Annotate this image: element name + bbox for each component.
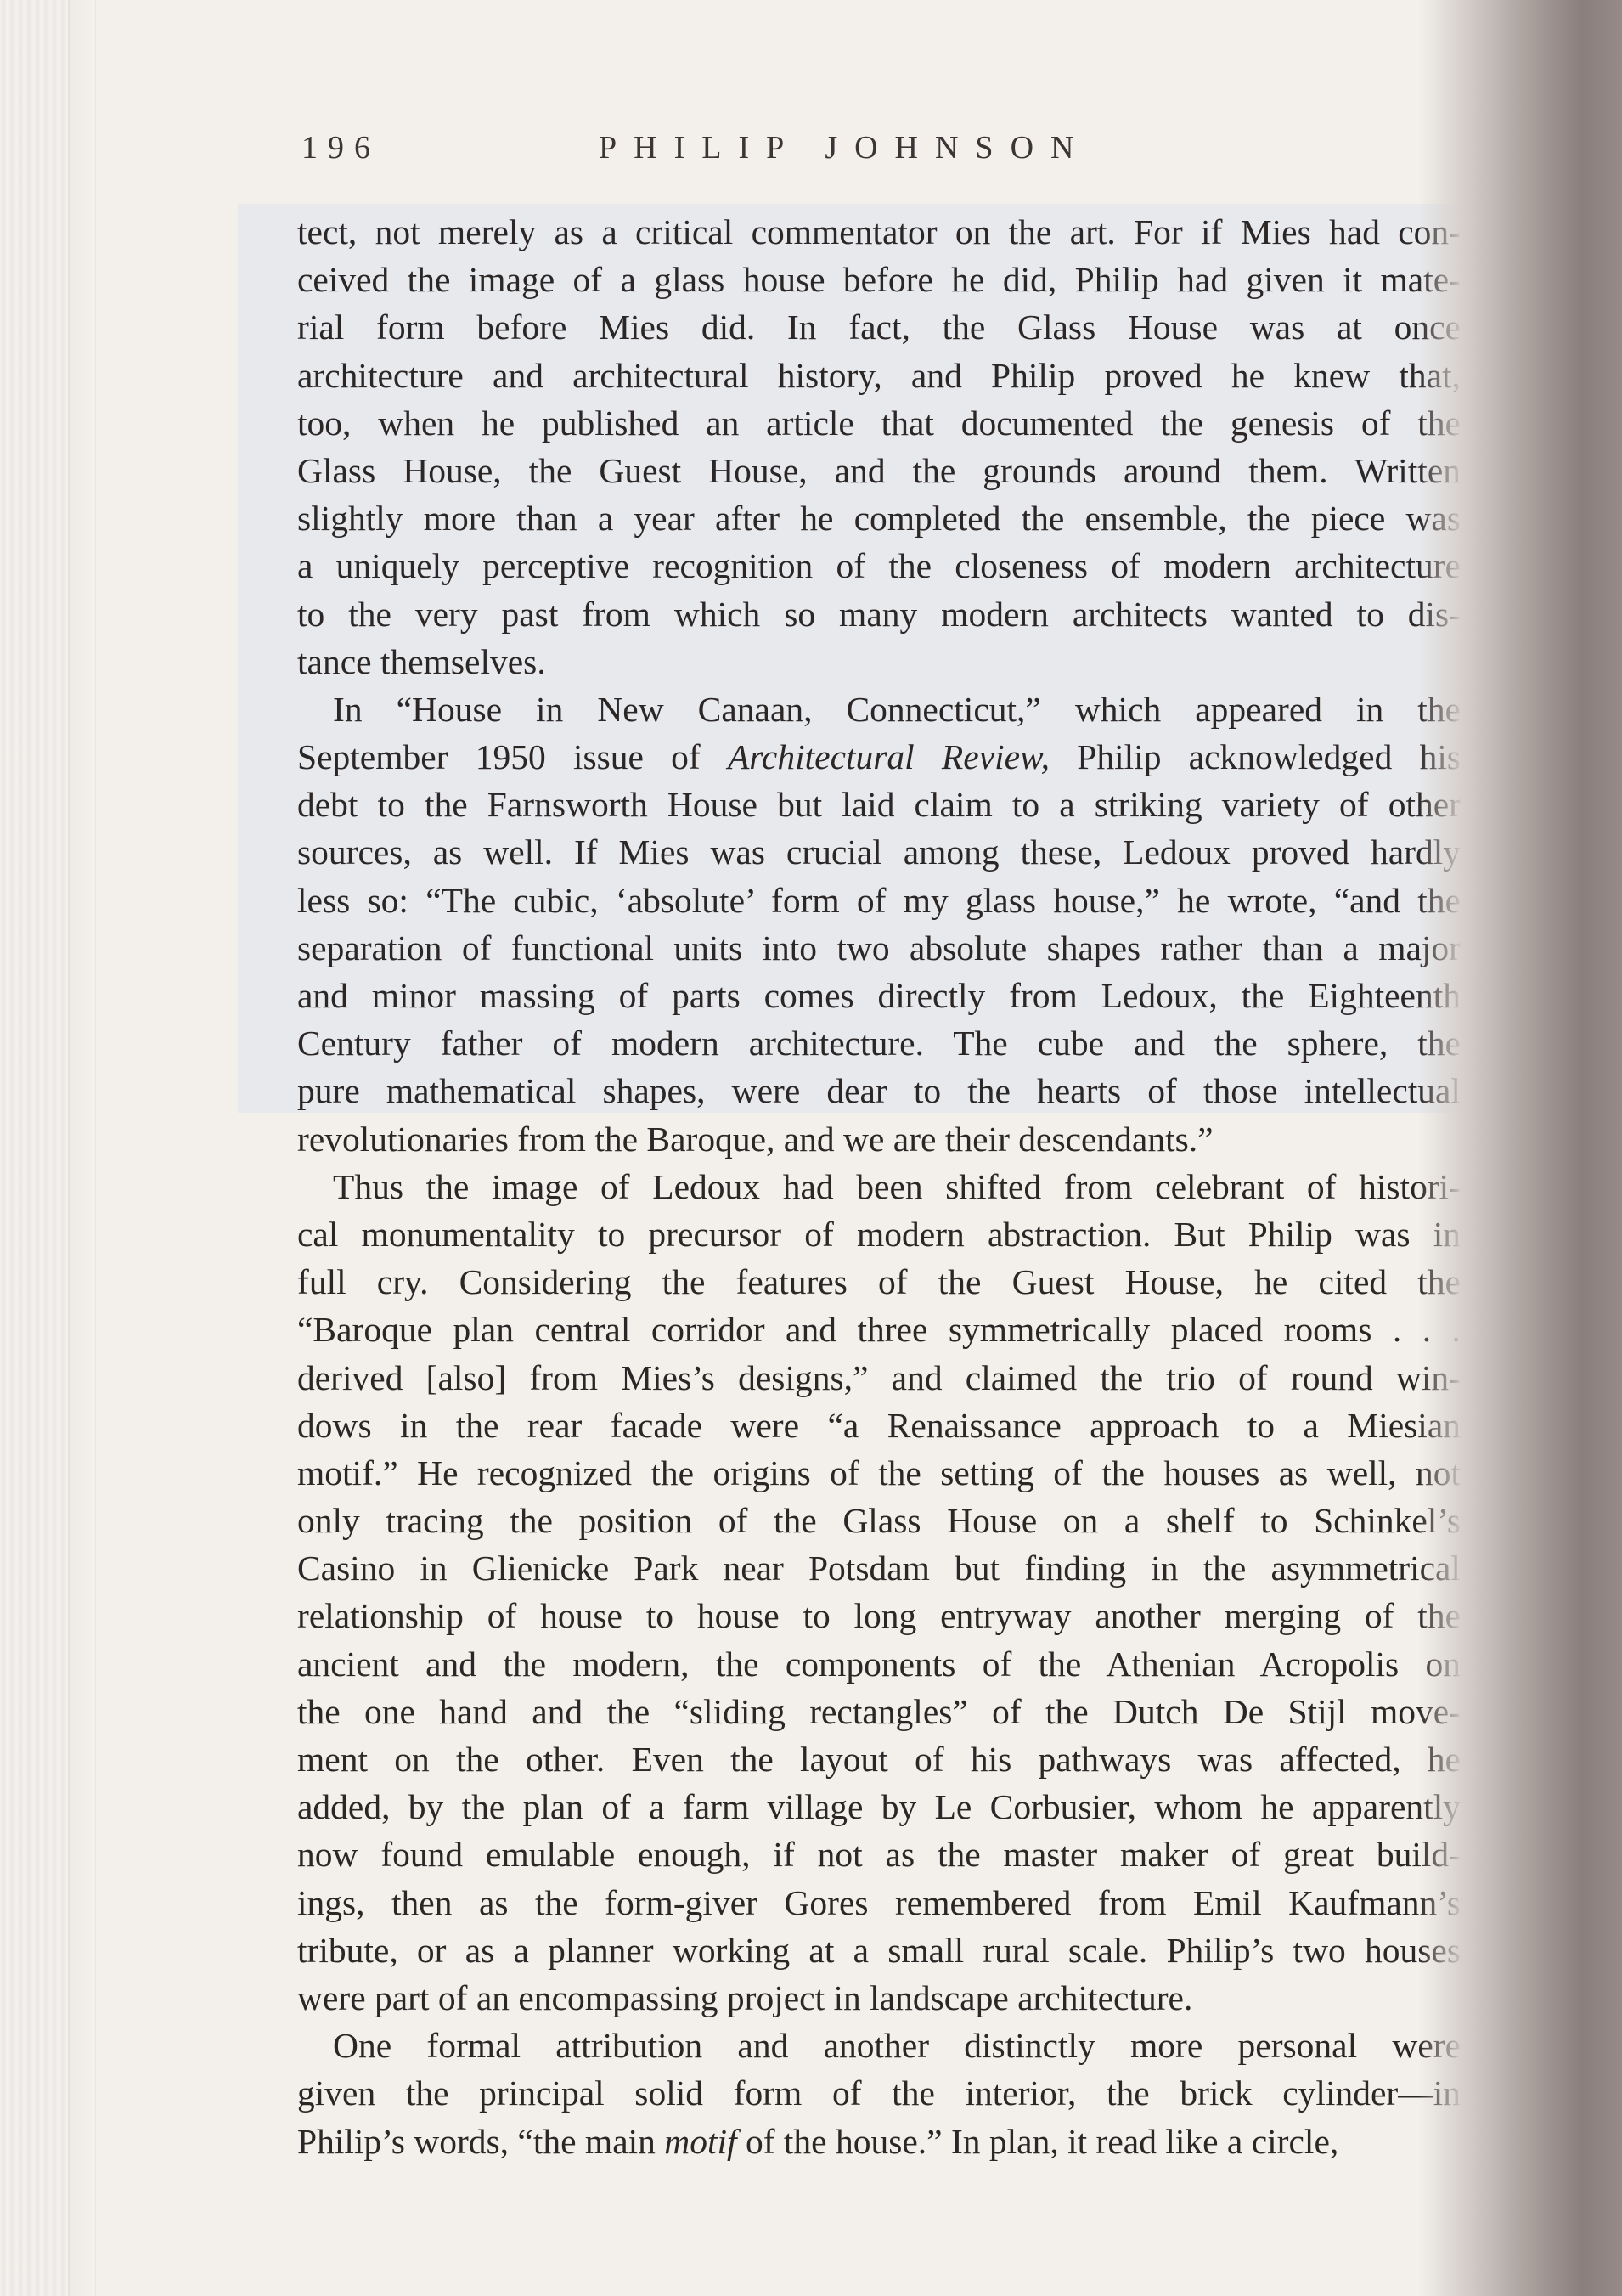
text-line: tribute, or as a planner working at a sm… bbox=[297, 1926, 1461, 1974]
text-line: ment on the other. Even the layout of hi… bbox=[297, 1735, 1461, 1783]
italic-title: Architectural Review, bbox=[728, 737, 1050, 776]
text-line: motif.” He recognized the origins of the… bbox=[297, 1449, 1461, 1497]
text-line: derived [also] from Mies’s designs,” and… bbox=[297, 1354, 1461, 1402]
text-line: sources, as well. If Mies was crucial am… bbox=[297, 828, 1461, 876]
text-line: the one hand and the “sliding rectangles… bbox=[297, 1688, 1461, 1735]
page-edge bbox=[70, 0, 96, 2296]
running-head: 196 PHILIP JOHNSON bbox=[301, 129, 1490, 172]
text-line: One formal attribution and another disti… bbox=[297, 2022, 1461, 2069]
text-line: tect, not merely as a critical commentat… bbox=[297, 208, 1461, 256]
book-gutter-shadow bbox=[1418, 0, 1622, 2296]
page-edges-stack bbox=[0, 0, 70, 2296]
book-title: PHILIP JOHNSON bbox=[599, 129, 1090, 166]
paragraph: Thus the image of Ledoux had been shifte… bbox=[297, 1163, 1461, 2022]
text-line: too, when he published an article that d… bbox=[297, 399, 1461, 447]
text-line: now found emulable enough, if not as the… bbox=[297, 1831, 1461, 1878]
text-line: ancient and the modern, the components o… bbox=[297, 1640, 1461, 1688]
text-line: debt to the Farnsworth House but laid cl… bbox=[297, 781, 1461, 828]
text-line: added, by the plan of a farm village by … bbox=[297, 1783, 1461, 1831]
text-line: and minor massing of parts comes directl… bbox=[297, 972, 1461, 1019]
text-line: Century father of modern architecture. T… bbox=[297, 1019, 1461, 1067]
text-line: cal monumentality to precursor of modern… bbox=[297, 1210, 1461, 1258]
text-line: Philip’s words, “the main motif of the h… bbox=[297, 2118, 1461, 2165]
text-line: separation of functional units into two … bbox=[297, 924, 1461, 972]
text-line: tance themselves. bbox=[297, 638, 1461, 685]
text-line: rial form before Mies did. In fact, the … bbox=[297, 303, 1461, 351]
text-line: less so: “The cubic, ‘absolute’ form of … bbox=[297, 877, 1461, 924]
text-line: pure mathematical shapes, were dear to t… bbox=[297, 1067, 1461, 1114]
text-line: September 1950 issue of Architectural Re… bbox=[297, 733, 1461, 781]
text-line: were part of an encompassing project in … bbox=[297, 1974, 1461, 2022]
text-line: slightly more than a year after he compl… bbox=[297, 494, 1461, 542]
text-line: full cry. Considering the features of th… bbox=[297, 1258, 1461, 1306]
text-line: Thus the image of Ledoux had been shifte… bbox=[297, 1163, 1461, 1210]
page-number: 196 bbox=[301, 129, 380, 166]
book-page: 196 PHILIP JOHNSON tect, not merely as a… bbox=[0, 0, 1622, 2296]
text-line: Glass House, the Guest House, and the gr… bbox=[297, 447, 1461, 494]
paragraph: In “House in New Canaan, Connecticut,” w… bbox=[297, 685, 1461, 1163]
text-line: to the very past from which so many mode… bbox=[297, 590, 1461, 638]
text-line: a uniquely perceptive recognition of the… bbox=[297, 542, 1461, 590]
text-line: revolutionaries from the Baroque, and we… bbox=[297, 1115, 1461, 1163]
text-line: “Baroque plan central corridor and three… bbox=[297, 1306, 1461, 1353]
text-line: ceived the image of a glass house before… bbox=[297, 256, 1461, 303]
text-line: architecture and architectural history, … bbox=[297, 352, 1461, 399]
text-line: only tracing the position of the Glass H… bbox=[297, 1497, 1461, 1544]
text-line: ings, then as the form-giver Gores remem… bbox=[297, 1879, 1461, 1926]
text-line: In “House in New Canaan, Connecticut,” w… bbox=[297, 685, 1461, 733]
text-line: relationship of house to house to long e… bbox=[297, 1592, 1461, 1639]
italic-title: motif bbox=[664, 2122, 736, 2161]
body-text: tect, not merely as a critical commentat… bbox=[297, 208, 1461, 2165]
text-line: given the principal solid form of the in… bbox=[297, 2069, 1461, 2117]
paragraph: One formal attribution and another disti… bbox=[297, 2022, 1461, 2165]
text-line: dows in the rear facade were “a Renaissa… bbox=[297, 1402, 1461, 1449]
paragraph: tect, not merely as a critical commentat… bbox=[297, 208, 1461, 685]
text-line: Casino in Glienicke Park near Potsdam bu… bbox=[297, 1544, 1461, 1592]
